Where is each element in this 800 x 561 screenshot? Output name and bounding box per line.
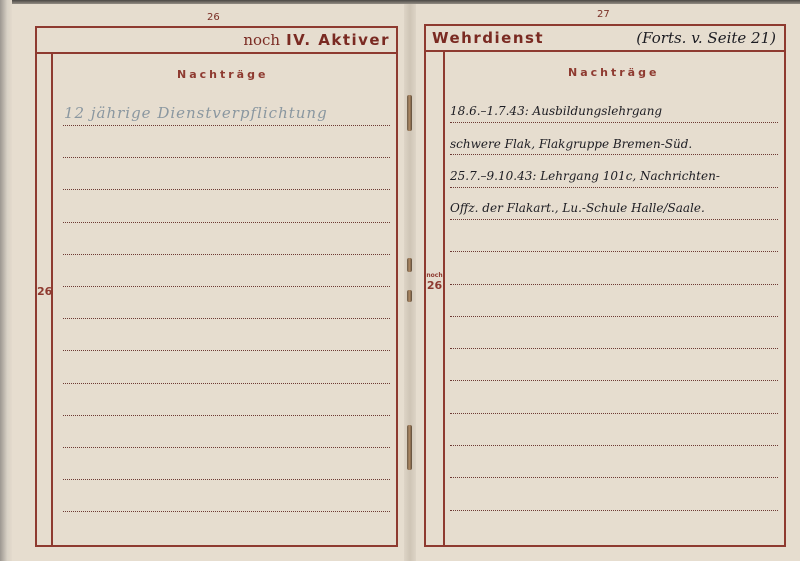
writing-line	[63, 511, 390, 512]
writing-line	[63, 286, 390, 287]
writing-line	[63, 222, 390, 223]
writing-line	[63, 383, 390, 384]
header-prefix: noch	[243, 31, 280, 49]
staple-top	[407, 95, 412, 131]
right-section-title: Nachträge	[568, 66, 659, 79]
writing-line	[450, 445, 778, 446]
right-page-number: 27	[597, 9, 610, 20]
book-gutter	[404, 4, 416, 561]
entry-line-2: schwere Flak, Flakgruppe Bremen-Süd.	[450, 137, 692, 151]
margin-num: 26	[427, 279, 442, 292]
right-margin-number: noch 26	[426, 272, 443, 292]
left-header-title: nochIV. Aktiver	[243, 31, 390, 49]
writing-line	[63, 189, 390, 190]
writing-line	[63, 157, 390, 158]
right-page-frame: Wehrdienst (Forts. v. Seite 21) Nachträg…	[424, 24, 786, 547]
writing-line	[450, 284, 778, 285]
writing-line	[450, 510, 778, 511]
left-page-number: 26	[207, 12, 220, 23]
writing-line	[450, 154, 778, 155]
writing-line	[63, 125, 390, 126]
entry-line-3: 25.7.–9.10.43: Lehrgang 101c, Nachrichte…	[450, 169, 720, 183]
left-margin-number: 26	[37, 285, 51, 298]
writing-line	[450, 219, 778, 220]
right-header: Wehrdienst (Forts. v. Seite 21)	[426, 26, 784, 52]
section-heading: IV. Aktiver	[286, 31, 390, 49]
writing-line	[450, 122, 778, 123]
writing-line	[63, 318, 390, 319]
writing-line	[450, 380, 778, 381]
left-margin-rule	[51, 54, 53, 545]
writing-line	[450, 251, 778, 252]
writing-line	[450, 316, 778, 317]
continuation-note: (Forts. v. Seite 21)	[636, 29, 776, 47]
writing-line	[450, 187, 778, 188]
left-handwritten-entry: 12 jährige Dienstverpflichtung	[64, 104, 328, 122]
writing-line	[63, 415, 390, 416]
left-section-title: Nachträge	[177, 68, 268, 81]
staple-mid-2	[407, 290, 412, 302]
entry-line-1: 18.6.–1.7.43: Ausbildungslehrgang	[450, 104, 662, 118]
left-header: nochIV. Aktiver	[37, 28, 396, 54]
writing-line	[63, 479, 390, 480]
staple-mid-1	[407, 258, 412, 272]
writing-line	[63, 254, 390, 255]
writing-line	[450, 348, 778, 349]
writing-line	[63, 350, 390, 351]
margin-prefix: noch	[426, 272, 443, 279]
right-margin-rule	[443, 52, 445, 545]
writing-line	[450, 413, 778, 414]
writing-line	[450, 477, 778, 478]
entry-line-4: Offz. der Flakart., Lu.-Schule Halle/Saa…	[450, 201, 705, 215]
right-header-title: Wehrdienst	[432, 29, 544, 47]
writing-line	[63, 447, 390, 448]
staple-bottom	[407, 425, 412, 470]
page-stack-edge	[0, 0, 12, 561]
